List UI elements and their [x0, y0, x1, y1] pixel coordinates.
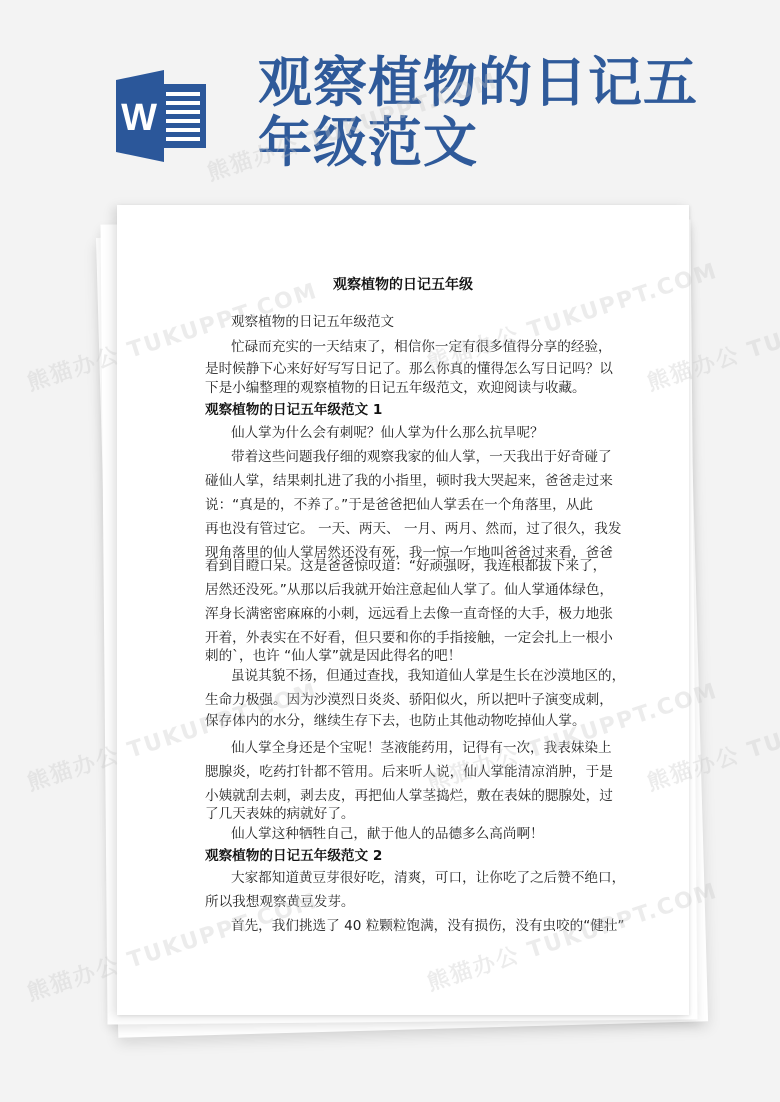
- text-line: 腮腺炎，吃药打针都不管用。后来听人说，仙人掌能清凉消肿，于是: [205, 763, 617, 781]
- text-line: 虽说其貌不扬，但通过查找，我知道仙人掌是生长在沙漠地区的，: [231, 667, 617, 685]
- text-line: 仙人掌全身还是个宝呢！茎液能药用，记得有一次，我表妹染上: [231, 739, 617, 757]
- text-line: 仙人掌为什么会有刺呢？仙人掌为什么那么抗旱呢？: [231, 424, 617, 442]
- text-line: 所以我想观察黄豆发芽。: [205, 893, 617, 911]
- page-title: 观察植物的日记五年级范文: [258, 52, 718, 172]
- text-line: 下是小编整理的观察植物的日记五年级范文，欢迎阅读与收藏。: [205, 379, 617, 397]
- text-line: 保存体内的水分，继续生存下去，也防止其他动物吃掉仙人掌。: [205, 712, 617, 730]
- document-title: 观察植物的日记五年级: [117, 274, 689, 294]
- svg-text:W: W: [121, 97, 157, 139]
- text-line: 大家都知道黄豆芽很好吃，清爽，可口，让你吃了之后赞不绝口，: [231, 869, 617, 887]
- text-line: 首先，我们挑选了 40 粒颗粒饱满，没有损伤，没有虫咬的“健壮”: [231, 917, 617, 935]
- text-line: 再也没有管过它。 一天、两天、 一月、两月、然而，过了很久，我发: [205, 520, 617, 538]
- text-line: 仙人掌这种牺牲自己，献于他人的品德多么高尚啊！: [231, 825, 617, 843]
- section-heading: 观察植物的日记五年级范文 1: [205, 401, 617, 419]
- text-line: 观察植物的日记五年级范文: [231, 313, 617, 331]
- text-line: 小姨就刮去刺，剥去皮，再把仙人掌茎捣烂，敷在表妹的腮腺处，过: [205, 787, 617, 805]
- text-line: 居然还没死。”从那以后我就开始注意起仙人掌了。仙人掌通体绿色，: [205, 581, 617, 599]
- text-line: 生命力极强。因为沙漠烈日炎炎、骄阳似火，所以把叶子演变成刺，: [205, 691, 617, 709]
- text-line: 带着这些问题我仔细的观察我家的仙人掌，一天我出于好奇碰了: [231, 448, 617, 466]
- header-banner: W 观察植物的日记五年级范文: [0, 0, 780, 200]
- text-line: 刺的`，也许 “仙人掌”就是因此得名的吧！: [205, 647, 617, 665]
- text-line: 忙碌而充实的一天结束了，相信你一定有很多值得分享的经验，: [231, 338, 617, 356]
- text-line: 碰仙人掌，结果刺扎进了我的小指里，顿时我大哭起来，爸爸走过来: [205, 472, 617, 490]
- section-heading: 观察植物的日记五年级范文 2: [205, 847, 617, 865]
- text-line: 说：“真是的，不养了。”于是爸爸把仙人掌丢在一个角落里，从此: [205, 496, 617, 514]
- text-line: 看到目瞪口呆。这是爸爸惊叹道：“好顽强呀，我连根都拔下来了，: [205, 557, 617, 575]
- text-line: 是时候静下心来好好写写日记了。那么你真的懂得怎么写日记吗？以: [205, 360, 617, 378]
- text-line: 浑身长满密密麻麻的小刺，远远看上去像一直奇怪的大手，极力地张: [205, 605, 617, 623]
- word-document-icon: W: [108, 68, 208, 164]
- text-line: 了几天表妹的病就好了。: [205, 805, 617, 823]
- text-line: 开着，外表实在不好看，但只要和你的手指接触，一定会扎上一根小: [205, 629, 617, 647]
